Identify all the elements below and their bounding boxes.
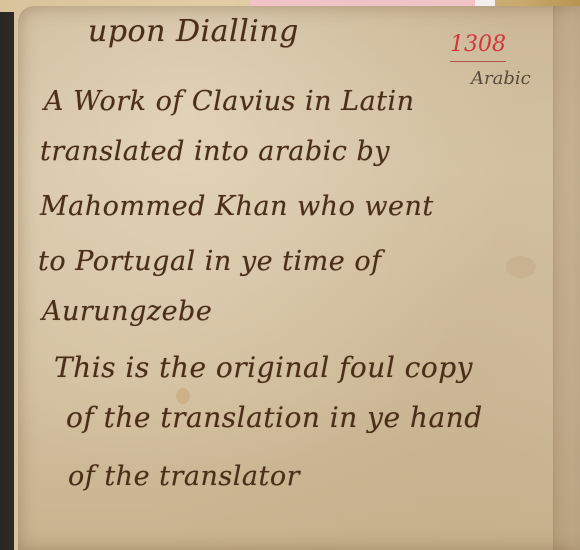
manuscript-title: upon Dialling xyxy=(88,14,299,49)
language-note: Arabic xyxy=(471,68,531,89)
manuscript-line: Mahommed Khan who went xyxy=(40,191,434,222)
manuscript-line: of the translator xyxy=(68,461,300,492)
manuscript-line: to Portugal in ye time of xyxy=(38,246,382,277)
paper-stain xyxy=(506,256,536,278)
manuscript-line: translated into arabic by xyxy=(40,136,390,167)
manuscript-page: upon Dialling 1308 Arabic A Work of Clav… xyxy=(18,6,580,550)
manuscript-line: Aurungzebe xyxy=(42,296,212,327)
page-edge-fold xyxy=(553,6,580,550)
shelfmark-number: 1308 xyxy=(450,32,506,62)
manuscript-line: of the translation in ye hand xyxy=(66,401,483,434)
manuscript-line: This is the original foul copy xyxy=(54,351,473,384)
manuscript-line: A Work of Clavius in Latin xyxy=(44,86,415,117)
